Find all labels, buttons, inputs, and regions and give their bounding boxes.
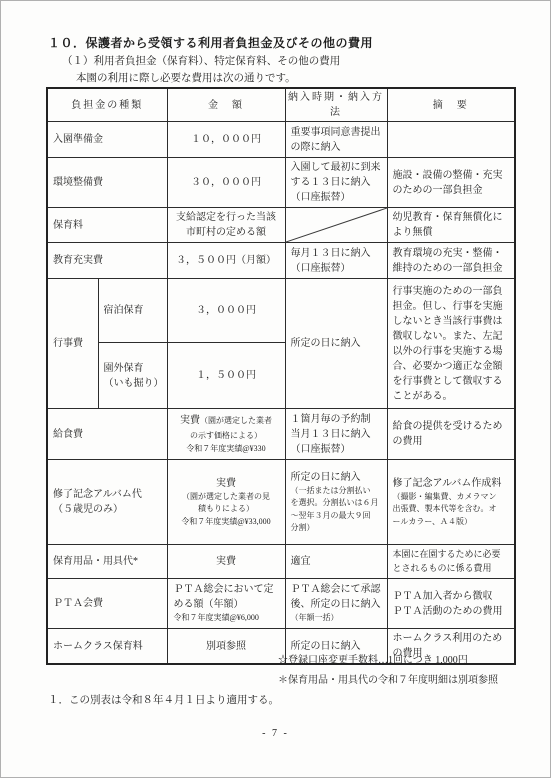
timing-paren: （一括または分割払い を選択。分割払いは６月 ～翌年３月の最大９回 分割） (291, 485, 382, 535)
amount-record: 令和７年度実績@¥33,000 (173, 516, 280, 528)
remarks-cell: 施設・設備の整備・充実 のための一部負担金 (387, 158, 515, 208)
timing-cell: 適宜 (285, 545, 387, 579)
amount-main: 実費 (173, 476, 280, 491)
timing-cell: 重要事項同意書提出 の際に納入 (285, 122, 387, 158)
amount-cell: ３０，０００円 (167, 158, 285, 208)
fee-type-cell: ホームクラス保育料 (47, 629, 167, 665)
remarks-cell: 幼児教育・保育無償化に より無償 (387, 208, 515, 243)
remarks-cell: 修了記念アルバム作成料（撮影・編集費、カメラマン 出張費、製本代等を含む。オ ー… (387, 460, 515, 545)
remarks-cell (387, 122, 515, 158)
fee-type-cell: 保育用品・用具代* (47, 545, 167, 579)
timing-paren: （年額一括） (291, 612, 382, 624)
table-row: 保育料 支給認定を行った当該 市町村の定める額 幼児教育・保育無償化に より無償 (47, 208, 515, 243)
table-row: ＰＴＡ会費 ＰＴＡ総会において定 める額（年額）令和７年度実績@¥6,000 Ｐ… (47, 579, 515, 629)
table-row: 保育用品・用具代* 実費 適宜 本園に在園するために必要 とされるものに係る費用 (47, 545, 515, 579)
col-header-remarks: 摘 要 (387, 88, 515, 122)
amount-cell: 実費（園が選定した業者 の示す価格による）令和７年度実績@¥330 (167, 409, 285, 460)
timing-cell: 所定の日に納入 (285, 279, 387, 409)
diagonal-line (286, 208, 387, 242)
fee-type-cell: 入園準備金 (47, 122, 167, 158)
fee-type-cell: ＰＴＡ会費 (47, 579, 167, 629)
document-page: １０．保護者から受領する利用者負担金及びその他の費用 （１）利用者負担金（保育料… (0, 0, 551, 778)
fee-type-cell: 環境整備費 (47, 158, 167, 208)
table-footnotes: ☆登録口座変更手数料…1回につき 1,000円 ＊保育用品・用具代の令和７年度明… (278, 651, 498, 690)
remarks-cell: ＰＴＡ加入者から徴収 ＰＴＡ活動のための費用 (387, 579, 515, 629)
amount-paren: （園が選定した業者の見 積もりによる） (173, 491, 280, 516)
amount-cell: 別項参照 (167, 629, 285, 665)
amount-paren: （園が選定した業者 の示す価格による） (190, 416, 272, 440)
amount-cell: ＰＴＡ総会において定 める額（年額）令和７年度実績@¥6,000 (167, 579, 285, 629)
timing-cell: 毎月１３日に納入 （口座振替） (285, 243, 387, 279)
fee-type-cell: 保育料 (47, 208, 167, 243)
timing-cell: 所定の日に納入（一括または分割払い を選択。分割払いは６月 ～翌年３月の最大９回… (285, 460, 387, 545)
fee-type-cell: 給食費 (47, 409, 167, 460)
sub-heading: （１）利用者負担金（保育料）、特定保育料、その他の費用 (62, 53, 340, 68)
timing-cell-crossed-out (285, 208, 387, 243)
col-header-timing: 納入時期・納入方法 (285, 88, 387, 122)
amount-cell: 支給認定を行った当該 市町村の定める額 (167, 208, 285, 243)
col-header-fee-type: 負担金の種類 (47, 88, 167, 122)
amount-cell: 実費 (167, 545, 285, 579)
table-row: 環境整備費 ３０，０００円 入園して最初に到来 する１３日に納入 （口座振替） … (47, 158, 515, 208)
table-row: 行事費 宿泊保育 ３，０００円 所定の日に納入 行事実施のための一部負担金。但し… (47, 279, 515, 343)
amount-cell: １０，０００円 (167, 122, 285, 158)
amount-record: 令和７年度実績@¥6,000 (174, 612, 280, 624)
fee-subtype-cell: 園外保育 （いも掘り） (98, 343, 167, 409)
timing-main: ＰＴＡ総会にて承認 後、所定の日に納入 (291, 582, 382, 612)
timing-main: 所定の日に納入 (291, 470, 382, 485)
fee-type-cell: 行事費 (47, 279, 98, 409)
remarks-cell: 教育環境の充実・整備・ 維持のための一部負担金 (387, 243, 515, 279)
fee-type-cell: 教育充実費 (47, 243, 167, 279)
remarks-main: 修了記念アルバム作成料 (393, 476, 510, 491)
amount-cell: ３，５００円（月額） (167, 243, 285, 279)
section-heading: １０．保護者から受領する利用者負担金及びその他の費用 (48, 34, 373, 51)
table-row: 教育充実費 ３，５００円（月額） 毎月１３日に納入 （口座振替） 教育環境の充実… (47, 243, 515, 279)
remarks-cell: 行事実施のための一部負担金。但し、行事を実施しないとき当該行事費は徴収しない。ま… (387, 279, 515, 409)
amount-cell: ３，０００円 (167, 279, 285, 343)
fee-type-cell: 修了記念アルバム代 （５歳児のみ） (47, 460, 167, 545)
col-header-amount: 金 額 (167, 88, 285, 122)
remarks-paren: （撮影・編集費、カメラマン 出張費、製本代等を含む。オ ールカラー、Ａ４版） (393, 491, 510, 528)
table-row: 給食費 実費（園が選定した業者 の示す価格による）令和７年度実績@¥330 １箇… (47, 409, 515, 460)
remarks-cell: 給食の提供を受けるため の費用 (387, 409, 515, 460)
amount-cell: 実費（園が選定した業者の見 積もりによる）令和７年度実績@¥33,000 (167, 460, 285, 545)
page-number: - 7 - (1, 728, 550, 739)
remarks-cell: 本園に在園するために必要 とされるものに係る費用 (387, 545, 515, 579)
amount-main: ＰＴＡ総会において定 める額（年額） (174, 582, 280, 612)
fee-subtype-cell: 宿泊保育 (98, 279, 167, 343)
amount-cell: １，５００円 (167, 343, 285, 409)
table-row: 入園準備金 １０，０００円 重要事項同意書提出 の際に納入 (47, 122, 515, 158)
amount-record: 令和７年度実績@¥330 (173, 443, 280, 455)
table-row: 修了記念アルバム代 （５歳児のみ） 実費（園が選定した業者の見 積もりによる）令… (47, 460, 515, 545)
application-note: １．この別表は令和８年４月１日より適用する。 (48, 692, 279, 707)
timing-cell: １箇月毎の予約制 当月１３日に納入 （口座振替） (285, 409, 387, 460)
amount-main: 実費 (180, 415, 200, 426)
footnote-account-change: ☆登録口座変更手数料…1回につき 1,000円 (278, 651, 498, 671)
footnote-supplies-detail: ＊保育用品・用具代の令和７年度明細は別項参照 (278, 671, 498, 691)
header-row: 負担金の種類 金 額 納入時期・納入方法 摘 要 (47, 88, 515, 122)
timing-cell: 入園して最初に到来 する１３日に納入 （口座振替） (285, 158, 387, 208)
intro-text: 本園の利用に際し必要な費用は次の通りです。 (76, 70, 296, 85)
timing-cell: ＰＴＡ総会にて承認 後、所定の日に納入（年額一括） (285, 579, 387, 629)
fee-table: 負担金の種類 金 額 納入時期・納入方法 摘 要 入園準備金 １０，０００円 重… (46, 87, 516, 665)
